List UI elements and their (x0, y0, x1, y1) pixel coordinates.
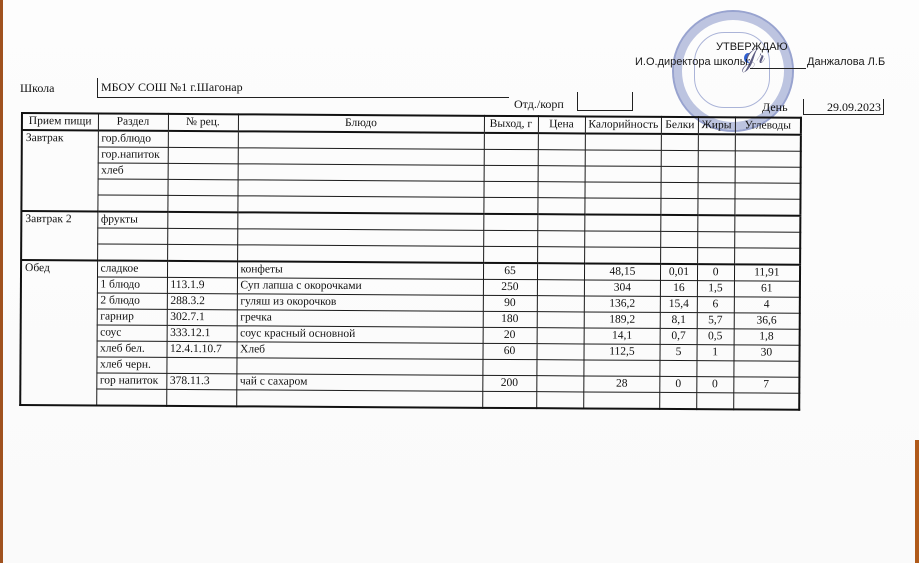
menu-document-page: 𝒥𝓇 УТВЕРЖДАЮ И.О.директора школы: Данжал… (0, 0, 919, 563)
col-header-output: Выход, г (484, 116, 538, 133)
cell-fat: 0 (696, 377, 733, 393)
cell-section: сладкое (97, 260, 167, 277)
cell-dish (237, 229, 483, 247)
cell-price (538, 133, 585, 150)
cell-carbs (733, 393, 799, 410)
cell-kcal (585, 166, 662, 182)
cell-carbs: 1,8 (734, 329, 800, 345)
col-header-fat: Жиры (698, 117, 735, 134)
cell-carbs: 7 (733, 377, 799, 393)
cell-fat: 1 (697, 345, 734, 361)
cell-output (483, 230, 537, 246)
cell-section: соус (97, 325, 167, 341)
scan-edge-left (0, 0, 3, 563)
cell-recipe (167, 195, 237, 212)
cell-kcal (583, 392, 660, 409)
col-header-meal: Прием пищи (22, 113, 98, 130)
cell-recipe (167, 179, 237, 195)
col-header-recipe: № рец. (168, 114, 238, 131)
school-field: МБОУ СОШ №1 г.Шагонар (97, 78, 509, 98)
cell-fat (698, 167, 735, 183)
cell-output: 200 (482, 375, 536, 391)
cell-dish: гуляш из окорочков (237, 294, 483, 312)
cell-dish (238, 131, 484, 149)
cell-fat (698, 134, 735, 151)
cell-output: 90 (483, 295, 537, 311)
cell-output (484, 165, 538, 181)
cell-fat: 5,7 (697, 313, 734, 329)
scan-edge-right (915, 440, 919, 563)
cell-price (537, 296, 584, 312)
cell-section: 2 блюдо (97, 293, 167, 309)
cell-protein (661, 166, 697, 182)
cell-protein (661, 215, 697, 232)
cell-kcal (584, 182, 661, 198)
cell-price (536, 344, 583, 360)
cell-carbs: 11,91 (734, 264, 800, 281)
cell-dish (237, 180, 483, 198)
cell-section: гор.блюдо (98, 130, 168, 147)
cell-section: гарнир (97, 309, 167, 325)
cell-output: 65 (483, 263, 537, 280)
cell-protein (662, 150, 698, 166)
dept-field (577, 92, 633, 111)
cell-kcal: 48,15 (584, 263, 661, 280)
col-header-protein: Белки (662, 117, 698, 134)
cell-recipe (168, 131, 238, 148)
day-label: День (762, 100, 788, 115)
cell-fat (696, 393, 733, 410)
cell-dish (236, 390, 482, 408)
cell-protein: 0 (660, 376, 696, 392)
cell-recipe (166, 389, 236, 406)
cell-price (538, 166, 585, 182)
col-header-price: Цена (538, 116, 585, 133)
cell-price (537, 231, 584, 247)
cell-kcal (583, 360, 660, 376)
approval-role: И.О.директора школы: (635, 56, 751, 68)
cell-kcal (584, 214, 661, 231)
cell-output (484, 149, 538, 165)
cell-output (483, 197, 537, 214)
cell-recipe (168, 147, 238, 163)
cell-section: хлеб бел. (97, 341, 167, 357)
cell-carbs (735, 183, 801, 199)
cell-meal: Завтрак 2 (21, 211, 97, 260)
cell-kcal (585, 150, 662, 166)
cell-output: 180 (483, 311, 537, 327)
cell-dish (237, 245, 483, 263)
cell-kcal (584, 247, 661, 264)
cell-protein (660, 360, 696, 376)
cell-dish (236, 358, 482, 376)
cell-fat (697, 199, 734, 216)
cell-protein (661, 247, 697, 264)
cell-kcal: 304 (584, 280, 661, 296)
cell-section (97, 228, 167, 244)
cell-kcal (584, 231, 661, 247)
cell-protein (660, 392, 696, 409)
cell-recipe (166, 357, 236, 373)
cell-carbs: 61 (734, 281, 800, 297)
cell-price (537, 263, 584, 280)
cell-section (97, 179, 167, 195)
cell-section: хлеб (98, 163, 168, 179)
cell-recipe (168, 163, 238, 179)
cell-kcal: 112,5 (583, 344, 660, 360)
cell-dish: Хлеб (237, 342, 483, 360)
cell-section (97, 195, 167, 212)
cell-price (537, 182, 584, 198)
cell-protein (661, 182, 697, 198)
cell-dish (237, 196, 483, 214)
cell-output (482, 391, 536, 408)
cell-output (482, 359, 536, 375)
cell-section: хлеб черн. (96, 357, 166, 373)
cell-price (536, 392, 583, 409)
col-header-carbs: Углеводы (735, 117, 801, 134)
cell-dish (238, 148, 484, 166)
cell-price (537, 198, 584, 215)
cell-protein: 5 (660, 344, 696, 360)
cell-recipe: 113.1.9 (167, 277, 237, 293)
cell-price (537, 280, 584, 296)
col-header-section: Раздел (98, 113, 168, 130)
cell-protein (661, 231, 697, 247)
col-header-kcal: Калорийность (585, 116, 662, 133)
cell-output (483, 246, 537, 263)
cell-price (537, 214, 584, 231)
cell-protein (661, 198, 697, 215)
day-field: 29.09.2023 (803, 99, 884, 115)
cell-section: гор.напиток (98, 147, 168, 163)
cell-carbs (734, 215, 800, 232)
cell-kcal (585, 133, 662, 150)
cell-carbs (734, 232, 800, 248)
approval-title: УТВЕРЖДАЮ (716, 41, 788, 53)
cell-price (536, 376, 583, 392)
menu-table: Прием пищи Раздел № рец. Блюдо Выход, г … (19, 112, 802, 411)
cell-recipe (167, 228, 237, 244)
cell-protein: 8,1 (661, 312, 697, 328)
cell-carbs (733, 361, 799, 377)
cell-recipe: 378.11.3 (166, 373, 236, 389)
cell-carbs (734, 248, 800, 265)
signature-line (750, 68, 806, 69)
cell-price (537, 247, 584, 264)
cell-protein: 0,01 (661, 264, 697, 281)
cell-fat (698, 151, 735, 167)
cell-carbs (735, 167, 801, 183)
cell-fat: 6 (697, 297, 734, 313)
cell-fat: 0,5 (697, 329, 734, 345)
cell-kcal: 189,2 (584, 312, 661, 328)
menu-table-body: Завтракгор.блюдогор.напитокхлебЗавтрак 2… (20, 130, 801, 410)
cell-kcal: 14,1 (584, 328, 661, 344)
cell-recipe (167, 244, 237, 261)
table-row (20, 389, 799, 410)
cell-section: 1 блюдо (97, 277, 167, 293)
cell-output: 250 (483, 279, 537, 295)
cell-dish: чай с сахаром (236, 374, 482, 392)
cell-fat (697, 215, 734, 232)
cell-fat (697, 232, 734, 248)
cell-dish (238, 164, 484, 182)
cell-output: 20 (483, 327, 537, 343)
cell-carbs (735, 134, 801, 151)
cell-recipe (167, 212, 237, 229)
cell-price (537, 312, 584, 328)
cell-fat (698, 183, 735, 199)
cell-section (97, 244, 167, 261)
cell-recipe: 302.7.1 (167, 309, 237, 325)
cell-dish: Суп лапша с окорочками (237, 278, 483, 296)
cell-carbs (734, 199, 800, 216)
cell-protein (662, 134, 698, 151)
cell-dish: гречка (237, 310, 483, 328)
cell-recipe (167, 261, 237, 278)
cell-kcal: 136,2 (584, 296, 661, 312)
cell-price (538, 150, 585, 166)
cell-recipe: 333.12.1 (167, 325, 237, 341)
approval-name: Данжалова Л.Б (807, 56, 885, 68)
cell-protein: 15,4 (661, 296, 697, 312)
cell-carbs: 4 (734, 297, 800, 313)
cell-output (484, 133, 538, 150)
cell-price (536, 360, 583, 376)
cell-meal: Обед (20, 260, 97, 405)
cell-dish (237, 212, 483, 230)
cell-recipe: 288.3.2 (167, 293, 237, 309)
cell-section (96, 389, 166, 406)
cell-carbs: 36,6 (734, 313, 800, 329)
cell-output (483, 181, 537, 197)
cell-protein: 16 (661, 280, 697, 296)
cell-fat: 1,5 (697, 281, 734, 297)
cell-fat (697, 248, 734, 265)
cell-fat (696, 361, 733, 377)
cell-section: гор напиток (96, 373, 166, 389)
cell-dish: соус красный основной (237, 326, 483, 344)
cell-fat: 0 (697, 264, 734, 281)
cell-kcal (584, 198, 661, 215)
school-label: Школа (20, 81, 54, 96)
cell-kcal: 28 (583, 376, 660, 392)
cell-price (537, 328, 584, 344)
cell-carbs (735, 151, 801, 167)
cell-section: фрукты (97, 211, 167, 228)
cell-output: 60 (482, 343, 536, 359)
cell-output (483, 214, 537, 231)
cell-protein: 0,7 (660, 328, 696, 344)
cell-dish: конфеты (237, 261, 483, 279)
cell-carbs: 30 (734, 345, 800, 361)
cell-recipe: 12.4.1.10.7 (167, 341, 237, 357)
cell-meal: Завтрак (21, 130, 97, 211)
col-header-dish: Блюдо (238, 114, 484, 133)
dept-label: Отд./корп (514, 97, 564, 112)
